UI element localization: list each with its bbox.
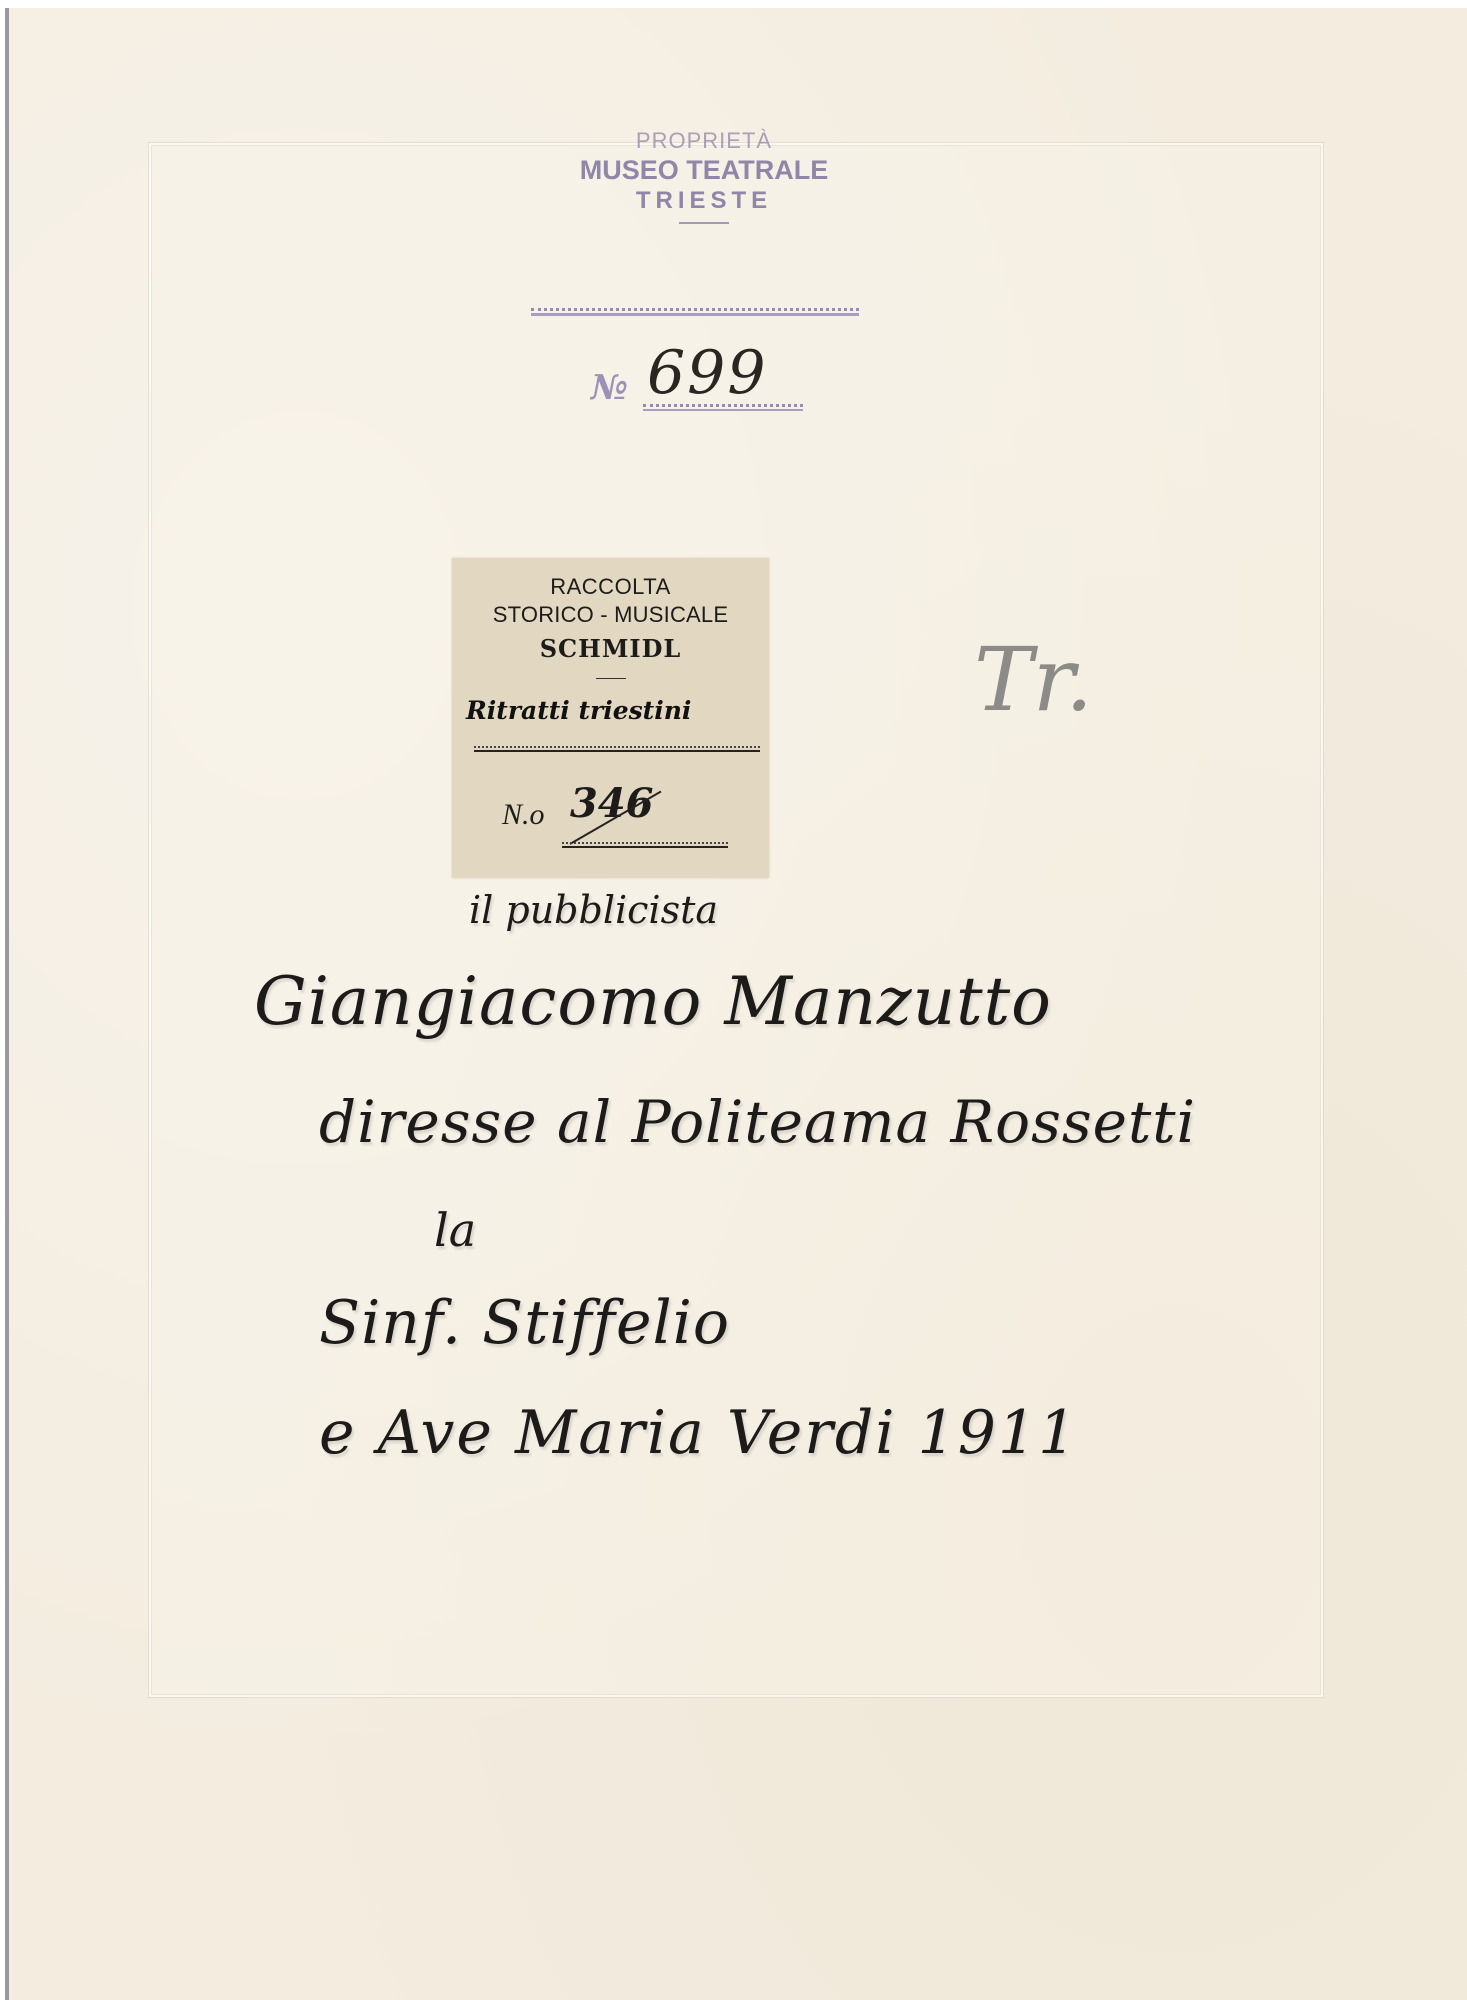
stamp-line-proprieta: PROPRIETÀ: [549, 128, 859, 154]
label-category-handwritten: Ritratti triestini: [466, 696, 756, 725]
numero-sign-icon: №: [591, 368, 628, 408]
inscription-line-2: Giangiacomo Manzutto: [254, 963, 1052, 1040]
inventory-number-value: 699: [647, 338, 768, 408]
inscription-line-5: Sinf. Stiffelio: [319, 1288, 730, 1358]
inscription-line-6: e Ave Maria Verdi 1911: [319, 1398, 1078, 1468]
pencil-note: Tr.: [974, 628, 1093, 731]
label-number-underline: [562, 842, 728, 848]
schmidl-collection-label: RACCOLTA STORICO - MUSICALE SCHMIDL Ritr…: [452, 558, 769, 878]
label-line-storico-musicale: STORICO - MUSICALE: [452, 602, 769, 628]
label-divider: [596, 678, 626, 679]
label-line-raccolta: RACCOLTA: [452, 574, 769, 600]
stamp-dotted-rule: [531, 308, 859, 316]
label-category-underline: [474, 746, 760, 752]
stamp-line-museo-teatrale: MUSEO TEATRALE: [549, 154, 859, 186]
stamp-line-trieste: TRIESTE: [549, 186, 859, 216]
label-number-prefix: N.o: [502, 798, 545, 832]
inscription-line-4: la: [434, 1203, 476, 1257]
inventory-number: № 699: [587, 338, 817, 418]
stamp-divider: [679, 222, 729, 224]
museum-ownership-stamp: PROPRIETÀ MUSEO TEATRALE TRIESTE: [549, 128, 859, 224]
inscription-line-3: diresse al Politeama Rossetti: [319, 1088, 1196, 1156]
inventory-number-underline: [643, 404, 803, 411]
label-line-schmidl: SCHMIDL: [452, 634, 769, 663]
photo-verso-sheet: PROPRIETÀ MUSEO TEATRALE TRIESTE № 699 R…: [5, 8, 1467, 2000]
inscription-line-1: il pubblicista: [469, 888, 718, 932]
